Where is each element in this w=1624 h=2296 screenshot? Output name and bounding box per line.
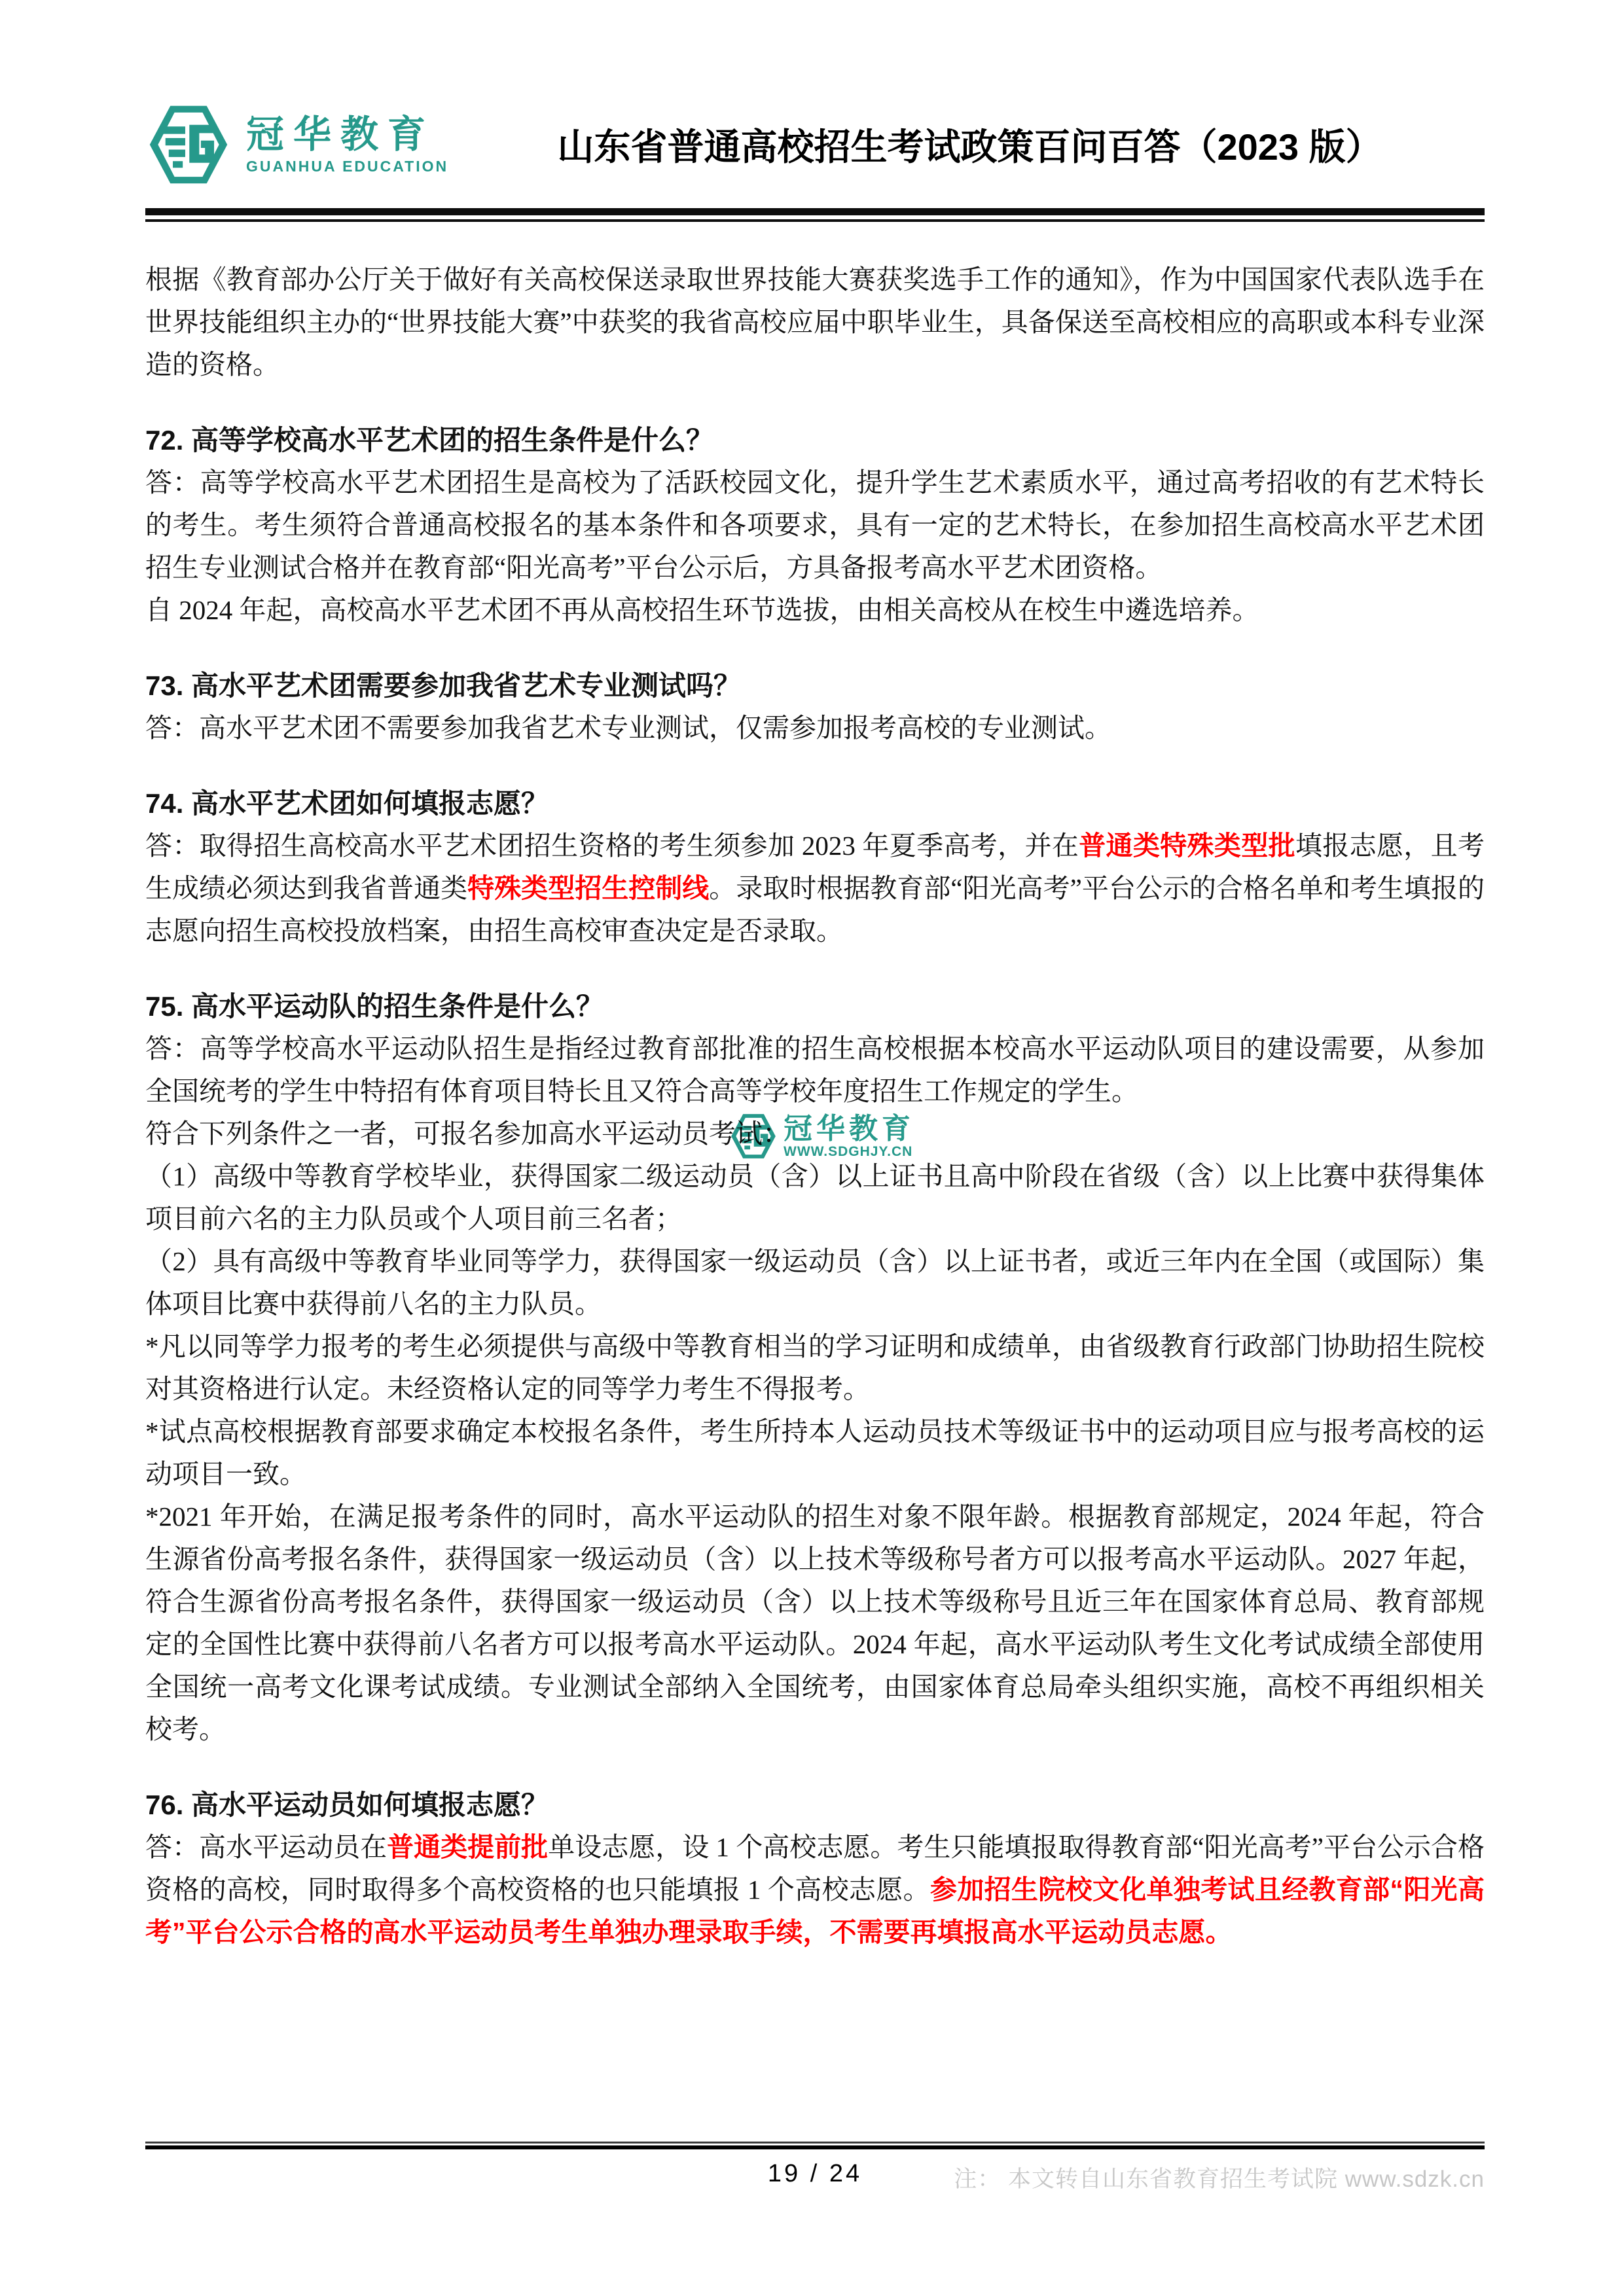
highlighted-text-run: 特殊类型招生控制线: [467, 873, 709, 903]
header-rule-thick: [145, 208, 1485, 215]
highlighted-text-run: 普通类提前批: [387, 1832, 548, 1862]
footer-rule-thick: [145, 2145, 1485, 2149]
brand-logo: 冠华教育 GUANHUA EDUCATION: [145, 103, 448, 186]
paragraph: 答：高等学校高水平运动队招生是指经过教育部批准的招生高校根据本校高水平运动队项目…: [145, 1028, 1485, 1113]
source-note: 注： 本文转自山东省教育招生考试院 www.sdzk.cn: [954, 2161, 1485, 2194]
paragraph: 自 2024 年起，高校高水平艺术团不再从高校招生环节选拔，由相关高校从在校生中…: [145, 589, 1485, 632]
question-heading: 72. 高等学校高水平艺术团的招生条件是什么？: [145, 419, 1485, 461]
footer-row: 19 / 24 注： 本文转自山东省教育招生考试院 www.sdzk.cn: [145, 2160, 1485, 2193]
text-run: （2）具有高级中等教育毕业同等学力，获得国家一级运动员（含）以上证书者，或近三年…: [145, 1246, 1485, 1319]
page-footer: 19 / 24 注： 本文转自山东省教育招生考试院 www.sdzk.cn: [145, 2142, 1485, 2193]
text-run: 自 2024 年起，高校高水平艺术团不再从高校招生环节选拔，由相关高校从在校生中…: [145, 595, 1259, 625]
text-run: *2021 年开始，在满足报考条件的同时，高水平运动队的招生对象不限年龄。根据教…: [145, 1501, 1485, 1744]
text-run: 答：取得招生高校高水平艺术团招生资格的考生须参加 2023 年夏季高考，并在: [145, 831, 1079, 861]
question-heading: 76. 高水平运动员如何填报志愿？: [145, 1784, 1485, 1826]
paragraph: 答：高等学校高水平艺术团招生是高校为了活跃校园文化，提升学生艺术素质水平，通过高…: [145, 461, 1485, 589]
document-body: 根据《教育部办公厅关于做好有关高校保送录取世界技能大赛获奖选手工作的通知》，作为…: [145, 259, 1485, 1954]
text-run: 74. 高水平艺术团如何填报志愿？: [145, 788, 549, 819]
text-run: *凡以同等学力报考的考生必须提供与高级中等教育相当的学习证明和成绩单，由省级教育…: [145, 1331, 1485, 1404]
paragraph: 答：高水平艺术团不需要参加我省艺术专业测试，仅需参加报考高校的专业测试。: [145, 707, 1485, 749]
document-title: 山东省普通高校招生考试政策百问百答（2023 版）: [448, 118, 1485, 171]
page-header: 冠华教育 GUANHUA EDUCATION 山东省普通高校招生考试政策百问百答…: [145, 0, 1485, 186]
watermark: 冠华教育 WWW.SDGHJY.CN: [729, 1113, 914, 1160]
paragraph: *2021 年开始，在满足报考条件的同时，高水平运动队的招生对象不限年龄。根据教…: [145, 1496, 1485, 1751]
paragraph: 根据《教育部办公厅关于做好有关高校保送录取世界技能大赛获奖选手工作的通知》，作为…: [145, 259, 1485, 386]
brand-text: 冠华教育 GUANHUA EDUCATION: [246, 115, 448, 175]
watermark-text: 冠华教育 WWW.SDGHJY.CN: [784, 1114, 914, 1159]
text-run: 根据《教育部办公厅关于做好有关高校保送录取世界技能大赛获奖选手工作的通知》，作为…: [145, 264, 1485, 380]
paragraph: （1）高级中等教育学校毕业，获得国家二级运动员（含）以上证书且高中阶段在省级（含…: [145, 1155, 1485, 1240]
text-run: （1）高级中等教育学校毕业，获得国家二级运动员（含）以上证书且高中阶段在省级（含…: [145, 1161, 1485, 1234]
paragraph: 答：高水平运动员在普通类提前批单设志愿，设 1 个高校志愿。考生只能填报取得教育…: [145, 1826, 1485, 1954]
text-run: 符合下列条件之一者，可报名参加高水平运动员考试：: [145, 1119, 789, 1149]
brand-name-en: GUANHUA EDUCATION: [246, 158, 448, 175]
paragraph: *凡以同等学力报考的考生必须提供与高级中等教育相当的学习证明和成绩单，由省级教育…: [145, 1325, 1485, 1410]
text-run: 答：高水平运动员在: [145, 1832, 387, 1862]
watermark-brand: 冠华教育: [784, 1114, 914, 1144]
footer-rule-thin: [145, 2142, 1485, 2144]
text-run: 答：高等学校高水平运动队招生是指经过教育部批准的招生高校根据本校高水平运动队项目…: [145, 1033, 1485, 1106]
text-run: 75. 高水平运动队的招生条件是什么？: [145, 991, 604, 1022]
question-heading: 74. 高水平艺术团如何填报志愿？: [145, 782, 1485, 825]
paragraph: （2）具有高级中等教育毕业同等学力，获得国家一级运动员（含）以上证书者，或近三年…: [145, 1240, 1485, 1325]
text-run: 76. 高水平运动员如何填报志愿？: [145, 1789, 549, 1820]
question-heading: 73. 高水平艺术团需要参加我省艺术专业测试吗？: [145, 664, 1485, 707]
highlighted-text-run: 普通类特殊类型批: [1079, 831, 1295, 861]
watermark-site: WWW.SDGHJY.CN: [784, 1144, 914, 1159]
text-run: 73. 高水平艺术团需要参加我省艺术专业测试吗？: [145, 670, 741, 701]
text-run: 72. 高等学校高水平艺术团的招生条件是什么？: [145, 425, 713, 456]
question-heading: 75. 高水平运动队的招生条件是什么？: [145, 985, 1485, 1028]
text-run: 答：高等学校高水平艺术团招生是高校为了活跃校园文化，提升学生艺术素质水平，通过高…: [145, 467, 1485, 583]
text-run: *试点高校根据教育部要求确定本校报名条件，考生所持本人运动员技术等级证书中的运动…: [145, 1416, 1485, 1489]
paragraph: 答：取得招生高校高水平艺术团招生资格的考生须参加 2023 年夏季高考，并在普通…: [145, 825, 1485, 952]
paragraph: *试点高校根据教育部要求确定本校报名条件，考生所持本人运动员技术等级证书中的运动…: [145, 1410, 1485, 1496]
hexagon-tg-logo-icon: [145, 103, 232, 186]
brand-name-cn: 冠华教育: [246, 115, 448, 155]
watermark-hexagon-logo-icon: [729, 1113, 778, 1160]
header-rule-thin: [145, 219, 1485, 222]
text-run: 答：高水平艺术团不需要参加我省艺术专业测试，仅需参加报考高校的专业测试。: [145, 713, 1111, 743]
document-page: 冠华教育 GUANHUA EDUCATION 山东省普通高校招生考试政策百问百答…: [0, 0, 1624, 2296]
